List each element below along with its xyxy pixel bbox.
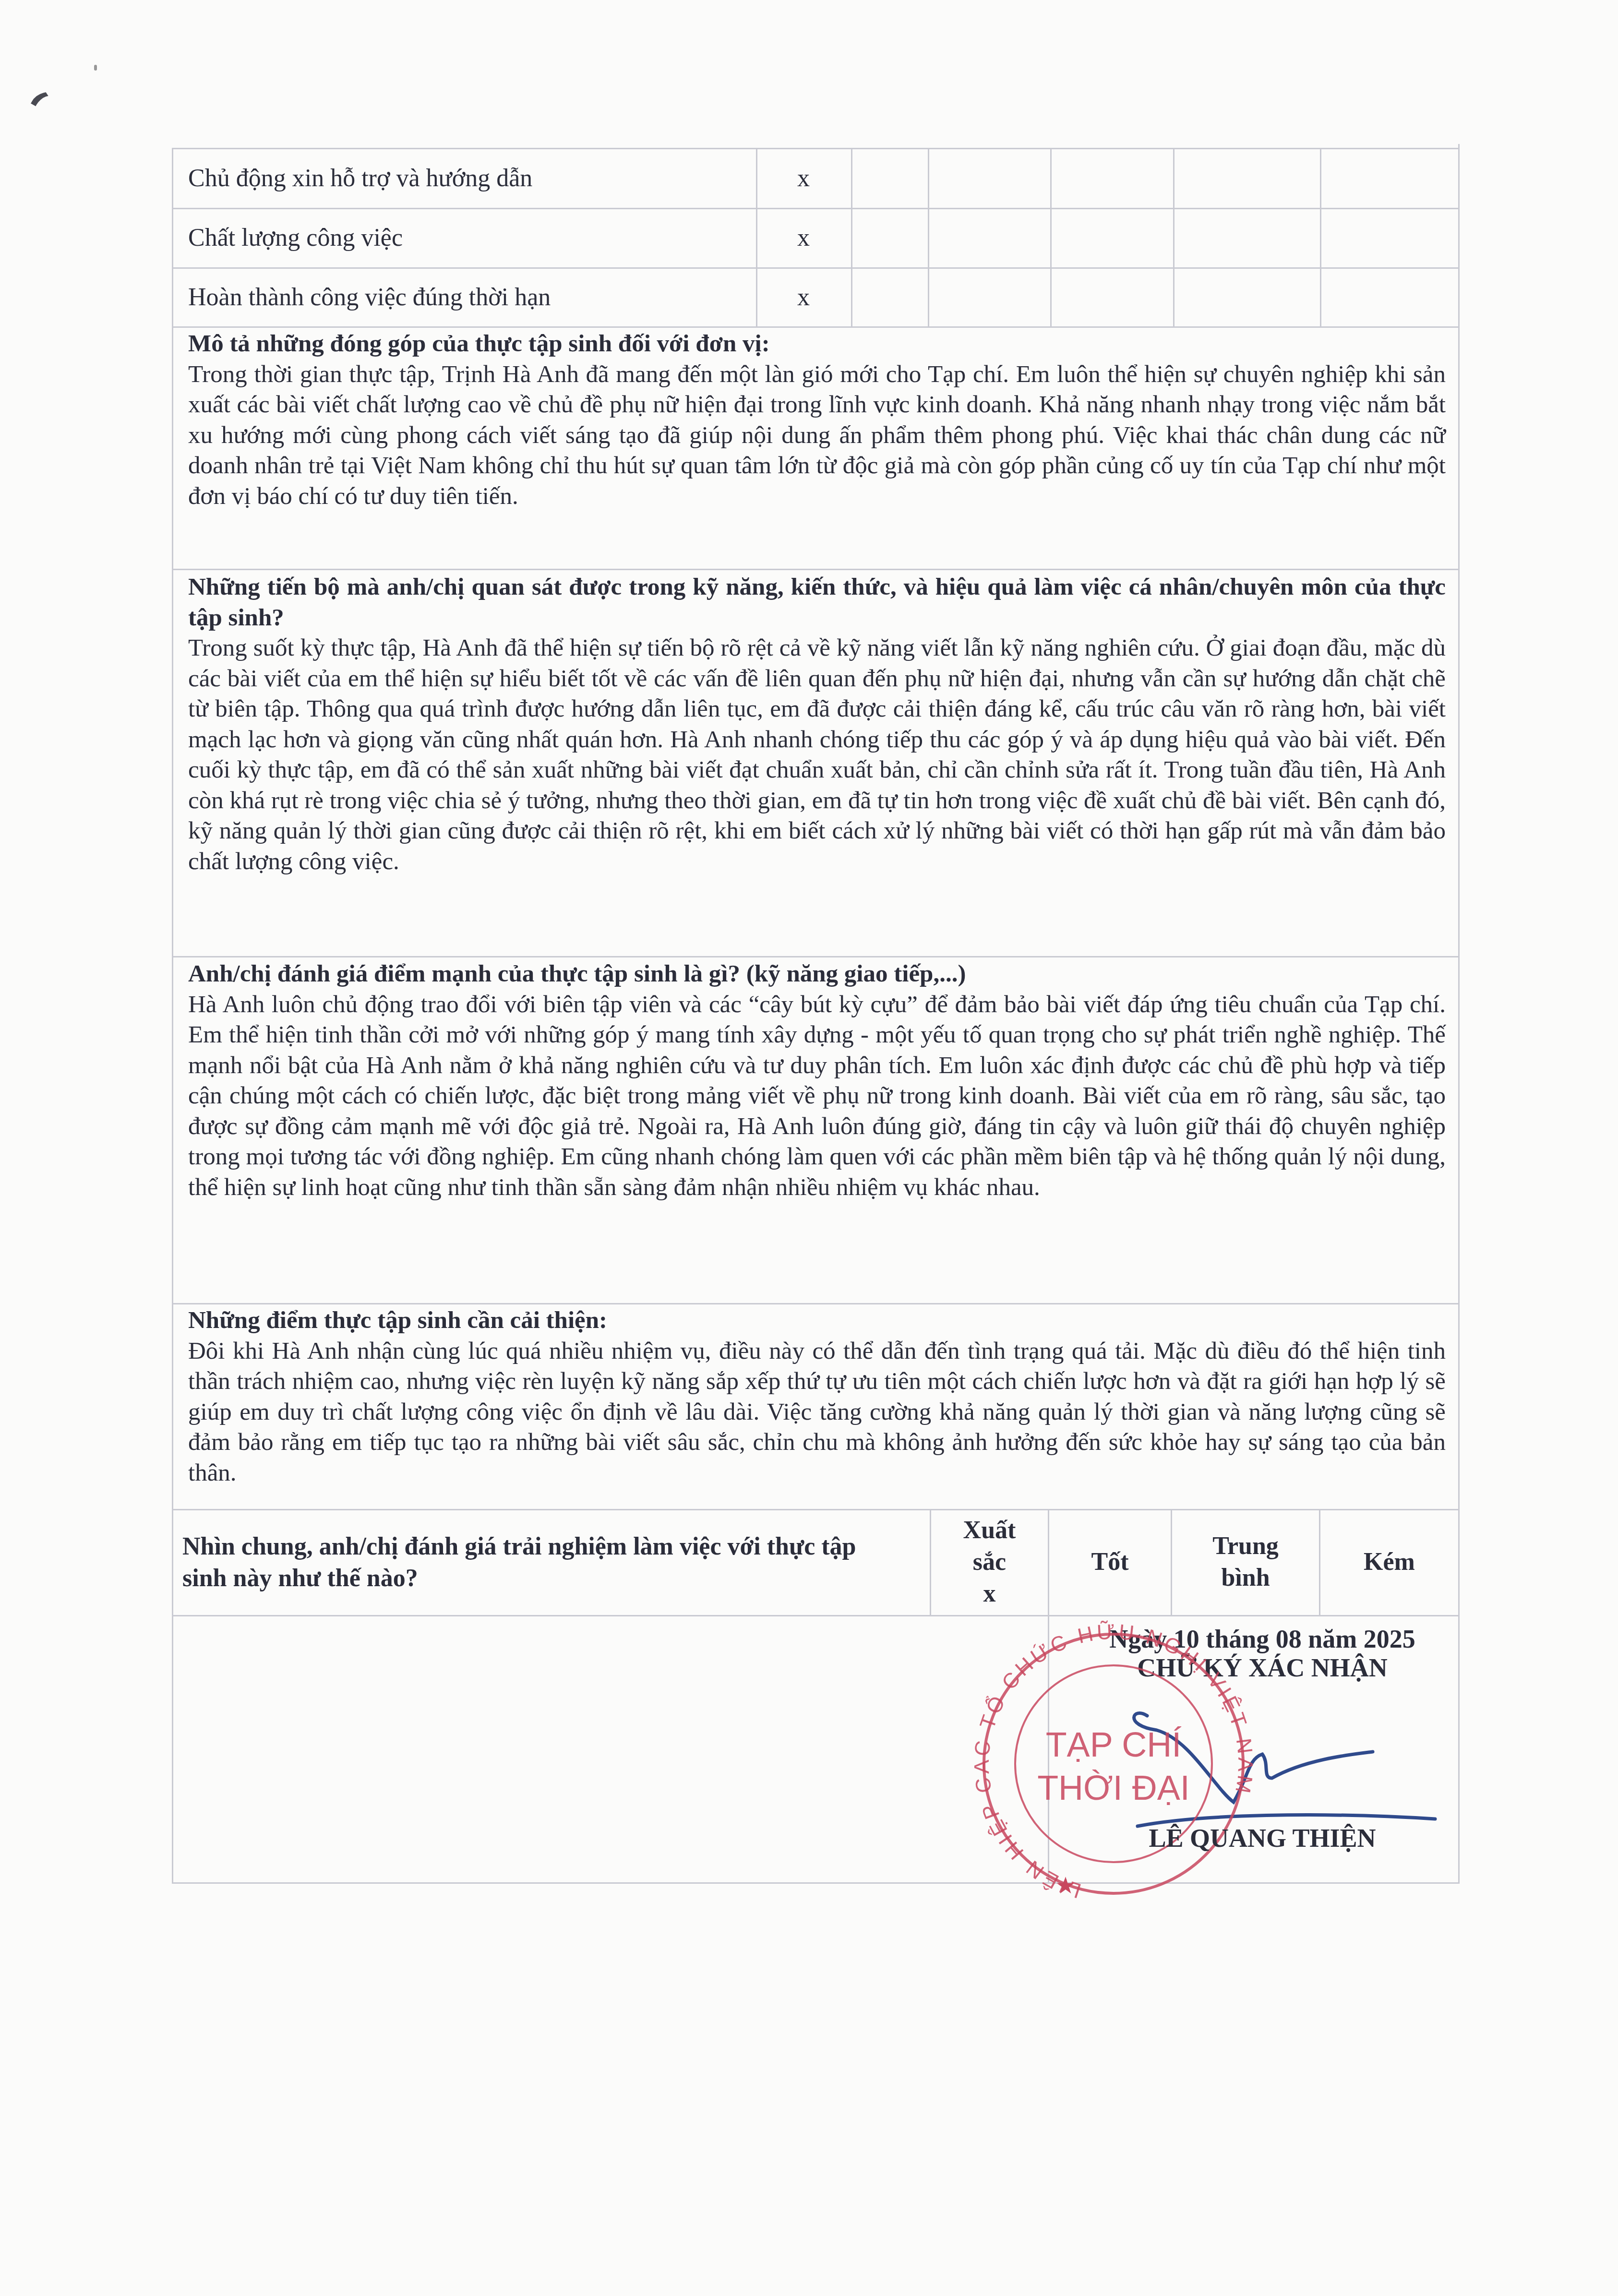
table-rule: [172, 1303, 1460, 1304]
option-label: Tốt: [1091, 1546, 1129, 1578]
option-label: Trung: [1212, 1531, 1279, 1562]
criteria-label: Chủ động xin hỗ trợ và hướng dẫn: [188, 163, 532, 193]
table-border-left: [172, 148, 173, 1882]
option-label: Kém: [1364, 1546, 1415, 1578]
section-progress: Những tiến bộ mà anh/chị quan sát được t…: [188, 572, 1446, 877]
criteria-mark: x: [756, 223, 851, 253]
table-col-rule: [1320, 148, 1321, 326]
table-rule: [172, 1615, 1460, 1616]
table-col-rule: [851, 148, 852, 326]
section-question: Những điểm thực tập sinh cần cải thiện:: [188, 1305, 1446, 1336]
table-rule: [172, 569, 1460, 570]
section-question: Anh/chị đánh giá điểm mạnh của thực tập …: [188, 959, 1446, 990]
table-rule: [172, 1882, 1460, 1884]
criteria-mark: x: [756, 163, 851, 193]
option-poor[interactable]: Kém: [1320, 1509, 1458, 1615]
table-rule: [172, 326, 1460, 328]
option-label: sắc: [973, 1546, 1006, 1578]
signer-name: LÊ QUANG THIỆN: [1070, 1824, 1454, 1853]
option-average[interactable]: Trung bình: [1172, 1509, 1319, 1615]
option-good[interactable]: Tốt: [1049, 1509, 1171, 1615]
table-rule: [172, 956, 1460, 957]
option-excellent[interactable]: Xuất sắc x: [931, 1509, 1048, 1615]
section-question: Mô tả những đóng góp của thực tập sinh đ…: [188, 329, 1446, 359]
section-answer: Trong thời gian thực tập, Trịnh Hà Anh đ…: [188, 359, 1446, 512]
table-col-rule: [928, 148, 929, 326]
criteria-label: Chất lượng công việc: [188, 223, 403, 253]
criteria-label: Hoàn thành công việc đúng thời hạn: [188, 282, 551, 312]
table-border-right: [1458, 144, 1460, 1882]
table-col-rule: [1173, 148, 1175, 326]
table-rule: [172, 148, 1460, 149]
section-improvements: Những điểm thực tập sinh cần cải thiện: …: [188, 1305, 1446, 1488]
criteria-mark: x: [756, 282, 851, 312]
section-answer: Trong suốt kỳ thực tập, Hà Anh đã thể hi…: [188, 633, 1446, 877]
section-contributions: Mô tả những đóng góp của thực tập sinh đ…: [188, 329, 1446, 512]
table-rule: [172, 267, 1460, 269]
option-selected-mark: x: [983, 1578, 996, 1610]
option-label: bình: [1221, 1562, 1270, 1594]
signature-date: Ngày 10 tháng 08 năm 2025: [1070, 1625, 1454, 1653]
table-col-rule: [1050, 148, 1052, 326]
section-answer: Đôi khi Hà Anh nhận cùng lúc quá nhiều n…: [188, 1336, 1446, 1489]
section-answer: Hà Anh luôn chủ động trao đổi với biên t…: [188, 990, 1446, 1203]
option-label: Xuất: [963, 1515, 1016, 1546]
table-rule: [172, 208, 1460, 209]
overall-question: Nhìn chung, anh/chị đánh giá trải nghiệm…: [182, 1531, 902, 1594]
section-strengths: Anh/chị đánh giá điểm mạnh của thực tập …: [188, 959, 1446, 1203]
section-question: Những tiến bộ mà anh/chị quan sát được t…: [188, 572, 1446, 633]
signature-title: CHỮ KÝ XÁC NHẬN: [1070, 1653, 1454, 1682]
